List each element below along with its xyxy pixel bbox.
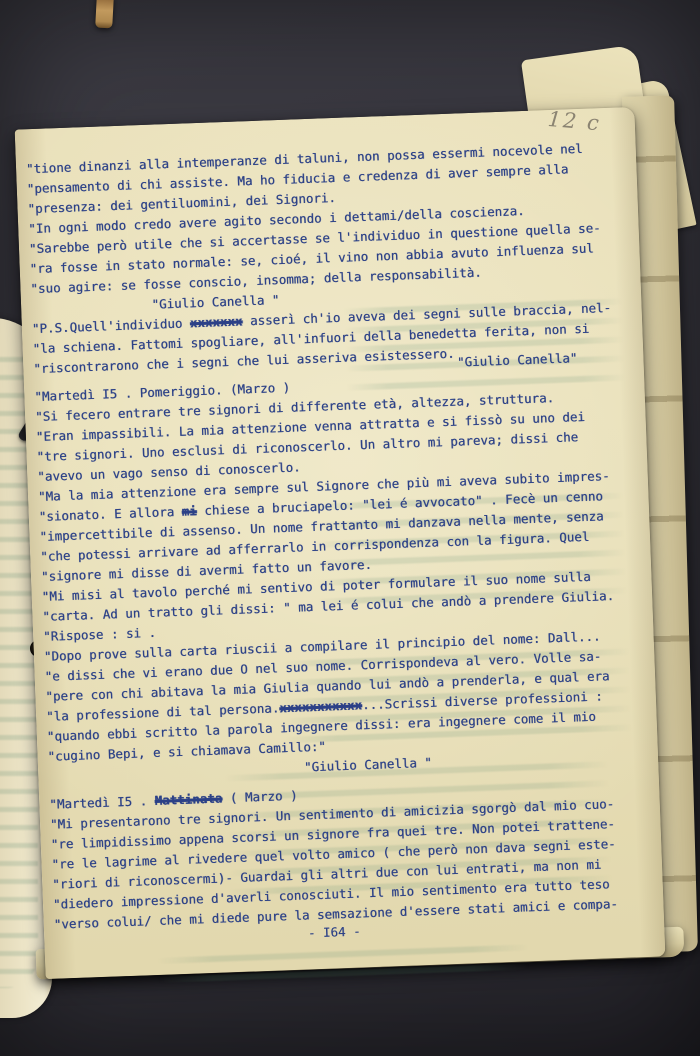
pencil-annotation: 12 c	[547, 107, 602, 135]
typed-segment: "Giulio Canella "	[304, 755, 432, 775]
typed-segment: "	[27, 181, 35, 196]
typed-segment-strike: xxxxxxx	[190, 313, 243, 330]
typed-segment: "Martedì I5 .	[49, 793, 155, 812]
typescript-page: 12 c "tione dinanzi alla intemperanze di…	[15, 107, 666, 979]
typed-segment: ...	[578, 629, 601, 645]
typed-segment-ul: nocevole nel	[492, 141, 583, 159]
typed-segment: "sionato. E allora	[39, 504, 182, 524]
typed-segment-ul: Quel	[559, 529, 590, 545]
wooden-peg	[95, 0, 114, 28]
typed-segment-ul: Dall	[548, 629, 579, 645]
typed-segment-strike: xxxxxxxxxxx	[279, 697, 362, 715]
typed-segment: "	[41, 569, 49, 584]
typed-segment: ( Marzo )	[222, 788, 298, 806]
typed-segment: "	[28, 221, 36, 236]
typed-segment: "Rispose : si .	[43, 625, 156, 644]
typed-segment: "P.S.Quell'individuo	[32, 315, 190, 336]
typed-segment-strike: Mattinata	[154, 790, 222, 807]
typed-segment-strike: mi	[181, 503, 197, 519]
typed-segment: "Giulio Canella "	[151, 292, 279, 312]
typed-segment: ...	[362, 696, 385, 712]
photo-of-typescript: { "photo": { "handwritten_mark": "12 c",…	[0, 0, 700, 1056]
typed-text: "tione dinanzi alla intemperanze di talu…	[26, 137, 656, 935]
